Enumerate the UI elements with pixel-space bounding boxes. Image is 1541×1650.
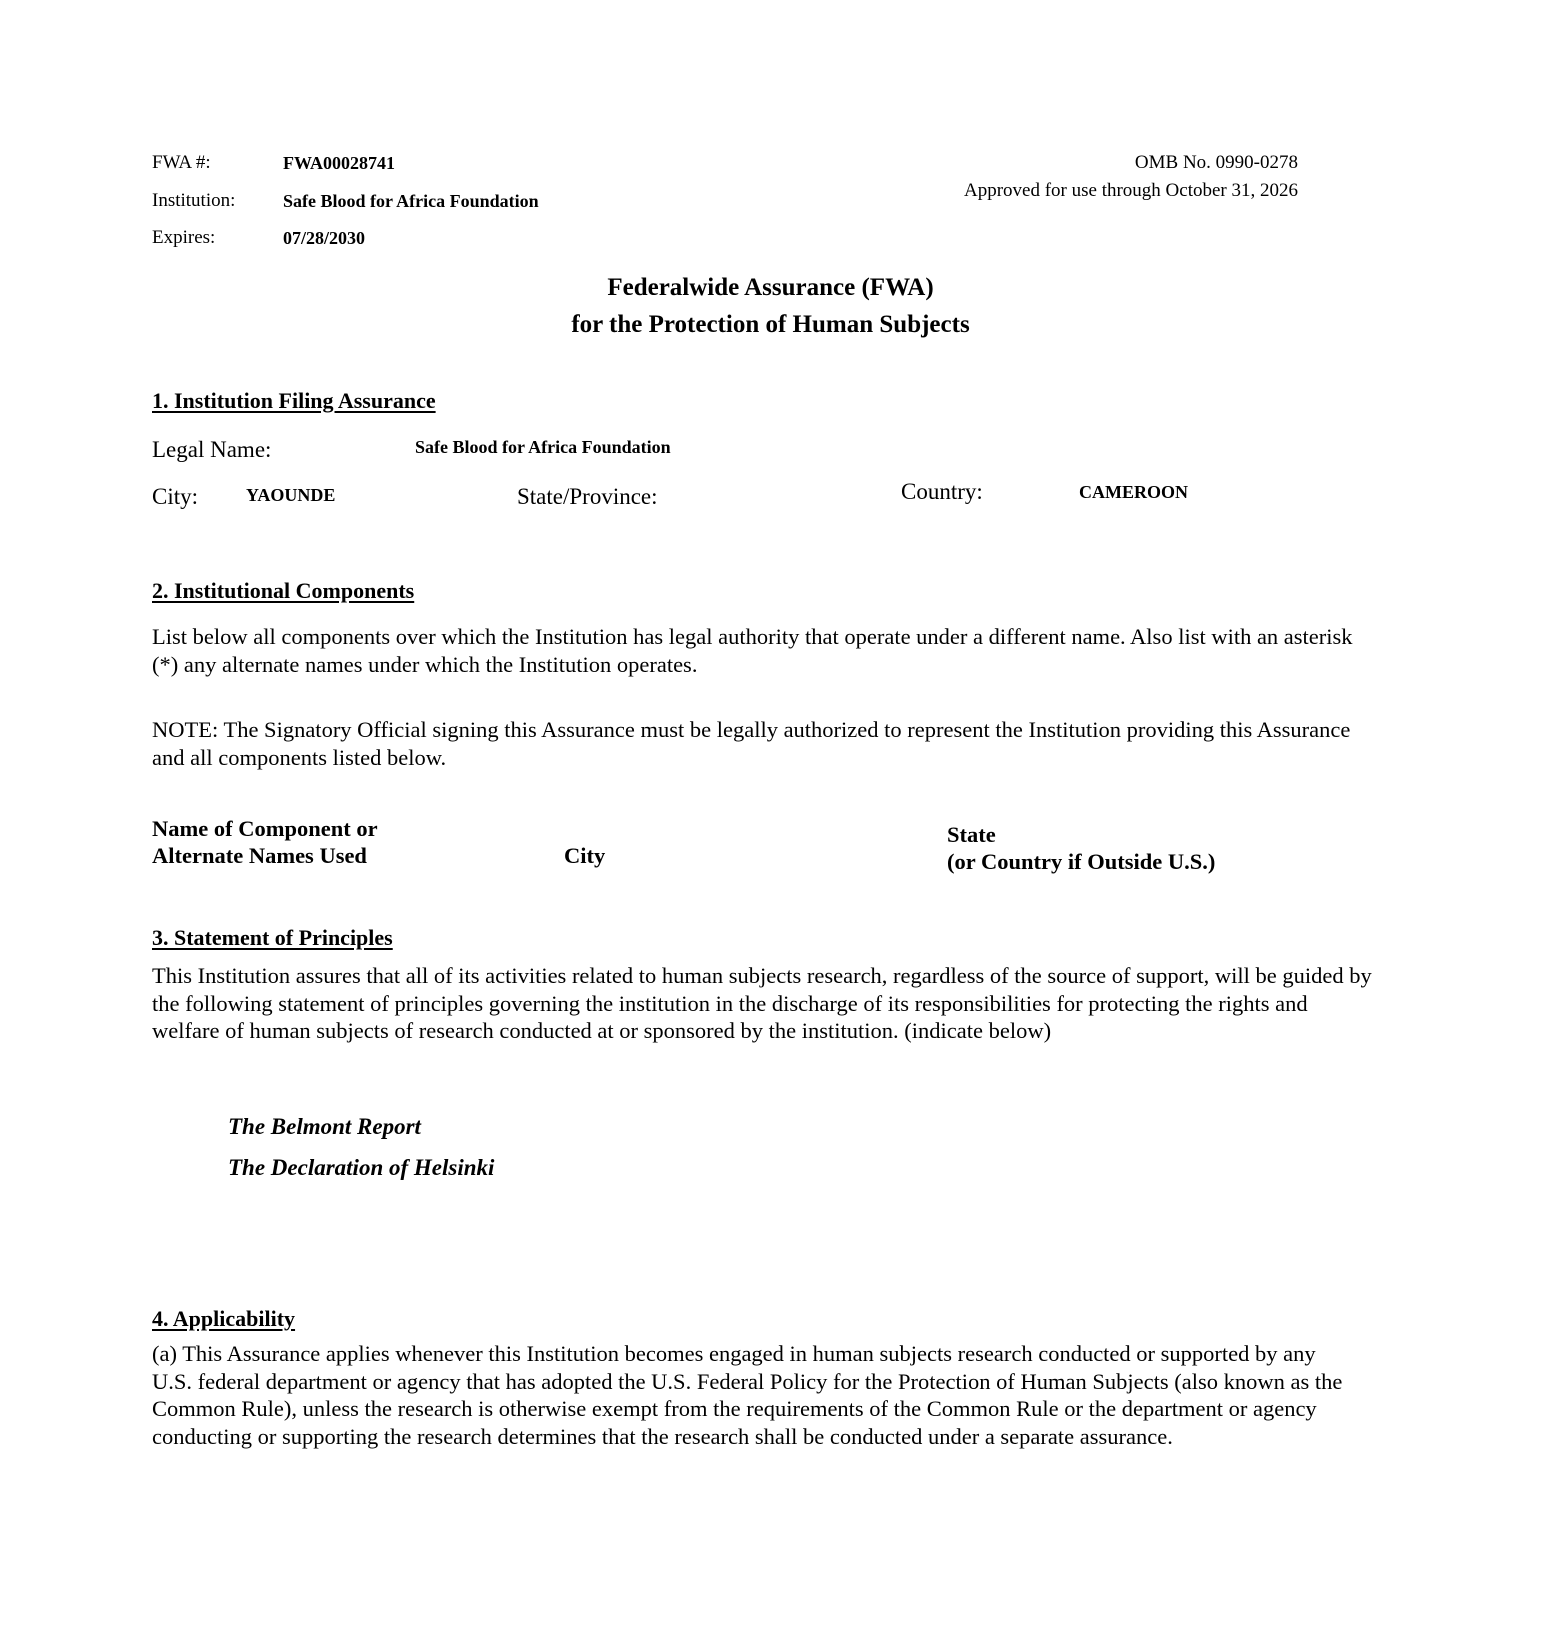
section-4-heading: 4. Applicability <box>152 1306 295 1332</box>
column-header-state: State (or Country if Outside U.S.) <box>947 821 1215 875</box>
city-value: YAOUNDE <box>246 485 335 506</box>
column-header-city: City <box>564 842 605 869</box>
legal-name-value: Safe Blood for Africa Foundation <box>415 437 671 458</box>
institution-label: Institution: <box>152 190 235 212</box>
country-value: CAMEROON <box>1079 482 1188 503</box>
section-3-heading: 3. Statement of Principles <box>152 925 393 951</box>
column-header-component-name-line1: Name of Component or <box>152 815 378 842</box>
omb-number: OMB No. 0990-0278 <box>1135 152 1298 174</box>
expires-label: Expires: <box>152 227 215 249</box>
principles-statement: This Institution assures that all of its… <box>152 962 1372 1045</box>
fwa-number-value: FWA00028741 <box>283 153 395 174</box>
signatory-note: NOTE: The Signatory Official signing thi… <box>152 716 1372 771</box>
section-1-heading: 1. Institution Filing Assurance <box>152 388 436 414</box>
applicability-paragraph-a: (a) This Assurance applies whenever this… <box>152 1340 1352 1450</box>
document-title-line2: for the Protection of Human Subjects <box>0 311 1541 339</box>
section-2-heading: 2. Institutional Components <box>152 578 414 604</box>
fwa-number-label: FWA #: <box>152 152 211 174</box>
column-header-component-name: Name of Component or Alternate Names Use… <box>152 815 378 869</box>
column-header-component-name-line2: Alternate Names Used <box>152 842 378 869</box>
institution-value: Safe Blood for Africa Foundation <box>283 191 539 212</box>
document-title-line1: Federalwide Assurance (FWA) <box>0 274 1541 302</box>
components-instructions: List below all components over which the… <box>152 623 1372 678</box>
principle-belmont-report: The Belmont Report <box>228 1114 421 1140</box>
country-label: Country: <box>901 479 983 505</box>
city-label: City: <box>152 484 198 510</box>
column-header-state-line2: (or Country if Outside U.S.) <box>947 848 1215 875</box>
principle-declaration-of-helsinki: The Declaration of Helsinki <box>228 1155 494 1181</box>
legal-name-label: Legal Name: <box>152 437 271 463</box>
omb-approval: Approved for use through October 31, 202… <box>964 180 1298 202</box>
column-header-state-line1: State <box>947 821 1215 848</box>
state-province-label: State/Province: <box>517 484 658 510</box>
expires-value: 07/28/2030 <box>283 228 365 249</box>
